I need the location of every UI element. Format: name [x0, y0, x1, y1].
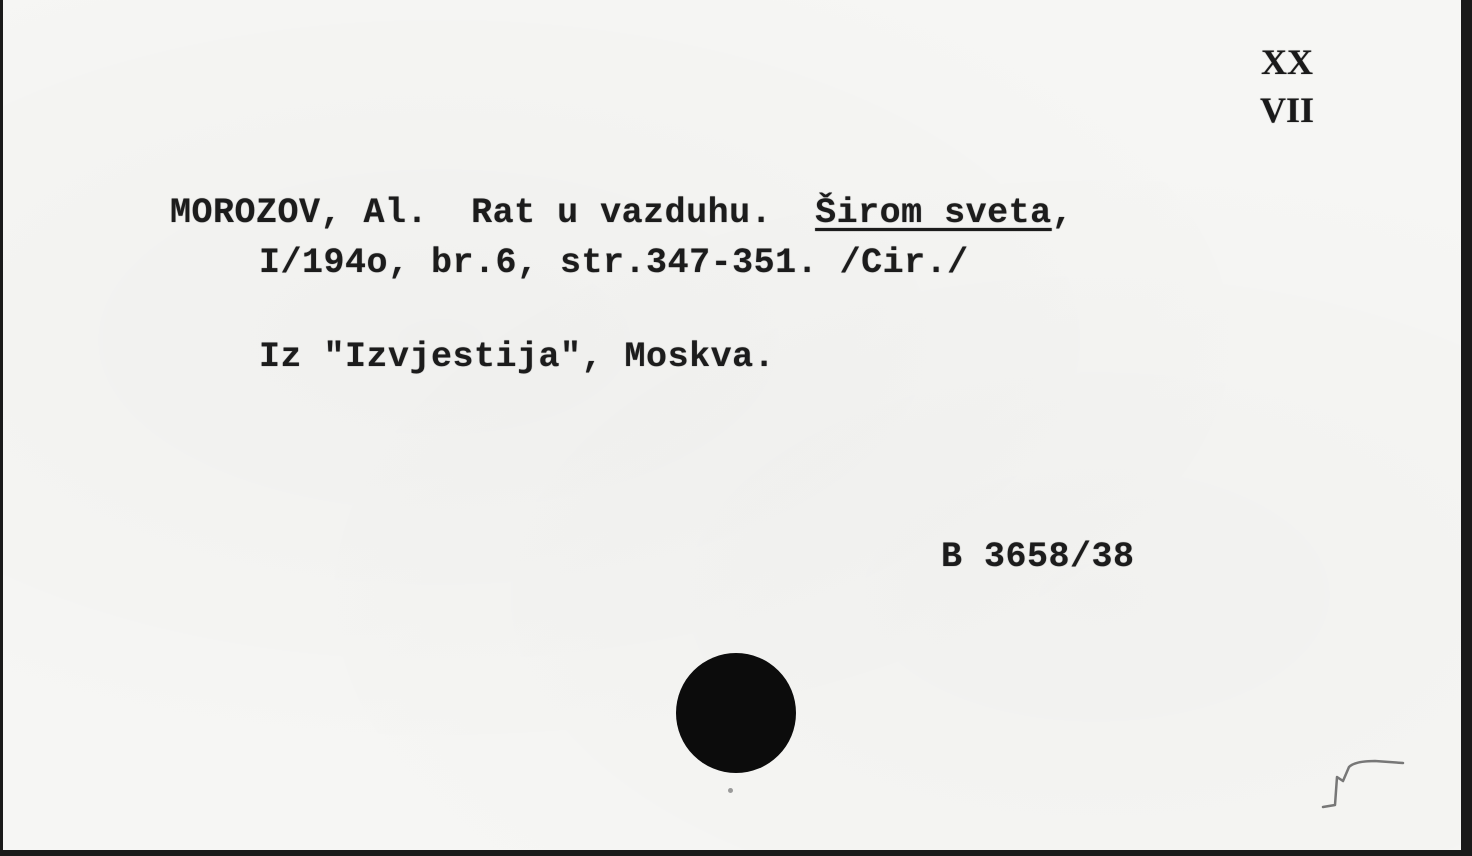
catalog-card: XX VII MOROZOV, Al. Rat u vazduhu. Širom…: [3, 0, 1461, 850]
script-note: /Cir./: [840, 243, 969, 283]
ink-dot: [728, 788, 733, 793]
classification-mark: XX VII: [1260, 38, 1314, 134]
entry-line-1: MOROZOV, Al. Rat u vazduhu. Širom sveta,: [170, 196, 1073, 231]
source-title-comma: ,: [1052, 193, 1074, 233]
classification-line-2: VII: [1260, 86, 1314, 134]
classification-line-1: XX: [1260, 38, 1314, 86]
call-number: B 3658/38: [941, 540, 1135, 575]
punch-hole-icon: [676, 653, 796, 773]
article-title: Rat u vazduhu.: [471, 193, 772, 233]
citation-details: I/194o, br.6, str.347-351.: [259, 243, 818, 283]
pencil-check-mark-icon: [1315, 755, 1405, 815]
origin-note: Iz "Izvjestija", Moskva.: [259, 340, 775, 375]
author-name: MOROZOV, Al.: [170, 193, 428, 233]
entry-line-2: I/194o, br.6, str.347-351. /Cir./: [259, 246, 969, 281]
source-title: Širom sveta: [815, 193, 1052, 233]
